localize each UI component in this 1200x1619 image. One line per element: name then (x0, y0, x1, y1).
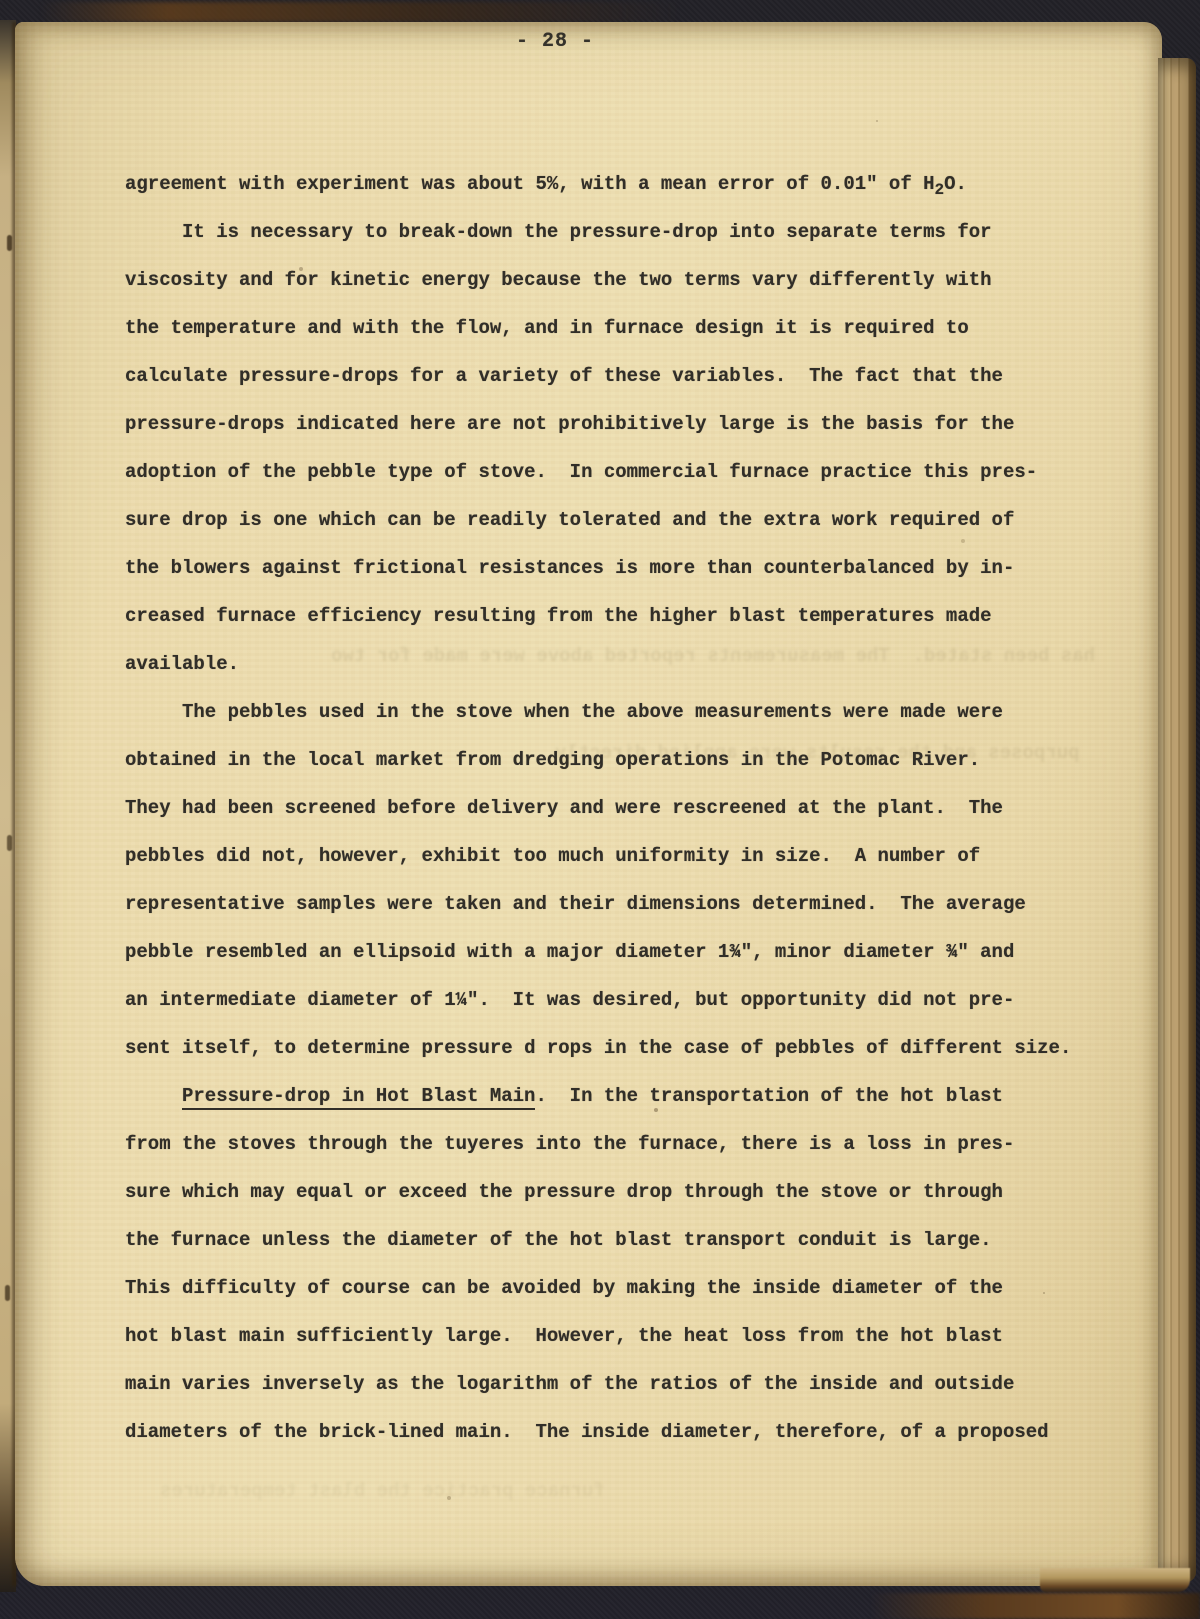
text-line: adoption of the pebble type of stove. In… (125, 448, 1110, 496)
text-segment: viscosity and for kinetic energy because… (125, 269, 992, 291)
text-line: calculate pressure-drops for a variety o… (125, 352, 1110, 400)
text-line: sure which may equal or exceed the press… (125, 1168, 1110, 1216)
text-line: hot blast main sufficiently large. Howev… (125, 1312, 1110, 1360)
text-line: the blowers against frictional resistanc… (125, 544, 1110, 592)
text-segment: It is necessary to break-down the pressu… (182, 221, 992, 243)
text-line: They had been screened before delivery a… (125, 784, 1110, 832)
text-line: sent itself, to determine pressure d rop… (125, 1024, 1110, 1072)
bottom-right-page-edges (1040, 1568, 1190, 1592)
text-segment: 2 (935, 181, 945, 199)
text-line: sure drop is one which can be readily to… (125, 496, 1110, 544)
right-page-edges (1158, 58, 1196, 1582)
text-line: viscosity and for kinetic energy because… (125, 256, 1110, 304)
text-line: from the stoves through the tuyeres into… (125, 1120, 1110, 1168)
text-line: representative samples were taken and th… (125, 880, 1110, 928)
text-segment: from the stoves through the tuyeres into… (125, 1133, 1014, 1155)
bleed-through-line: furnace practice the blast temperatures (160, 1480, 605, 1502)
text-line: obtained in the local market from dredgi… (125, 736, 1110, 784)
text-segment: pebble resembled an ellipsoid with a maj… (125, 941, 1014, 963)
text-line: This difficulty of course can be avoided… (125, 1264, 1110, 1312)
text-segment: O. (944, 173, 967, 195)
text-line: The pebbles used in the stove when the a… (125, 688, 1110, 736)
page-number: - 28 - (125, 30, 985, 53)
text-segment: representative samples were taken and th… (125, 893, 1026, 915)
text-segment: diameters of the brick-lined main. The i… (125, 1421, 1049, 1443)
text-line: available. (125, 640, 1110, 688)
text-line: main varies inversely as the logarithm o… (125, 1360, 1110, 1408)
text-segment: pebbles did not, however, exhibit too mu… (125, 845, 980, 867)
text-line: agreement with experiment was about 5%, … (125, 160, 1110, 208)
text-line: the temperature and with the flow, and i… (125, 304, 1110, 352)
text-segment: sent itself, to determine pressure d rop… (125, 1037, 1071, 1059)
text-segment: available. (125, 653, 239, 675)
text-segment: adoption of the pebble type of stove. In… (125, 461, 1037, 483)
text-segment: obtained in the local market from dredgi… (125, 749, 980, 771)
text-segment: an intermediate diameter of 1¼". It was … (125, 989, 1014, 1011)
text-line: pebbles did not, however, exhibit too mu… (125, 832, 1110, 880)
text-line: an intermediate diameter of 1¼". It was … (125, 976, 1110, 1024)
text-segment: the blowers against frictional resistanc… (125, 557, 1014, 579)
text-segment: the furnace unless the diameter of the h… (125, 1229, 992, 1251)
text-line: Pressure-drop in Hot Blast Main. In the … (125, 1072, 1110, 1120)
text-segment: agreement with experiment was about 5%, … (125, 173, 935, 195)
text-segment: the temperature and with the flow, and i… (125, 317, 969, 339)
text-segment: This difficulty of course can be avoided… (125, 1277, 1003, 1299)
book-cover-bottom (870, 1593, 1200, 1619)
text-segment: The pebbles used in the stove when the a… (182, 701, 1003, 723)
book-cover-top (40, 2, 680, 22)
typewritten-text: agreement with experiment was about 5%, … (125, 160, 1110, 1456)
text-segment: main varies inversely as the logarithm o… (125, 1373, 1014, 1395)
text-segment: pressure-drops indicated here are not pr… (125, 413, 1014, 435)
text-line: creased furnace efficiency resulting fro… (125, 592, 1110, 640)
text-segment: hot blast main sufficiently large. Howev… (125, 1325, 1003, 1347)
text-line: the furnace unless the diameter of the h… (125, 1216, 1110, 1264)
text-segment: They had been screened before delivery a… (125, 797, 1003, 819)
text-segment: . In the transportation of the hot blast (535, 1085, 1002, 1107)
text-line: pebble resembled an ellipsoid with a maj… (125, 928, 1110, 976)
section-heading: Pressure-drop in Hot Blast Main (182, 1085, 535, 1110)
text-segment: sure drop is one which can be readily to… (125, 509, 1014, 531)
scanned-book-page: has been stated. The measurements report… (0, 0, 1200, 1619)
text-line: diameters of the brick-lined main. The i… (125, 1408, 1110, 1456)
text-segment: creased furnace efficiency resulting fro… (125, 605, 992, 627)
text-segment: sure which may equal or exceed the press… (125, 1181, 1003, 1203)
gutter-notches (7, 235, 12, 251)
text-line: It is necessary to break-down the pressu… (125, 208, 1110, 256)
text-line: pressure-drops indicated here are not pr… (125, 400, 1110, 448)
dust-speckles (0, 0, 2, 2)
text-segment: calculate pressure-drops for a variety o… (125, 365, 1003, 387)
